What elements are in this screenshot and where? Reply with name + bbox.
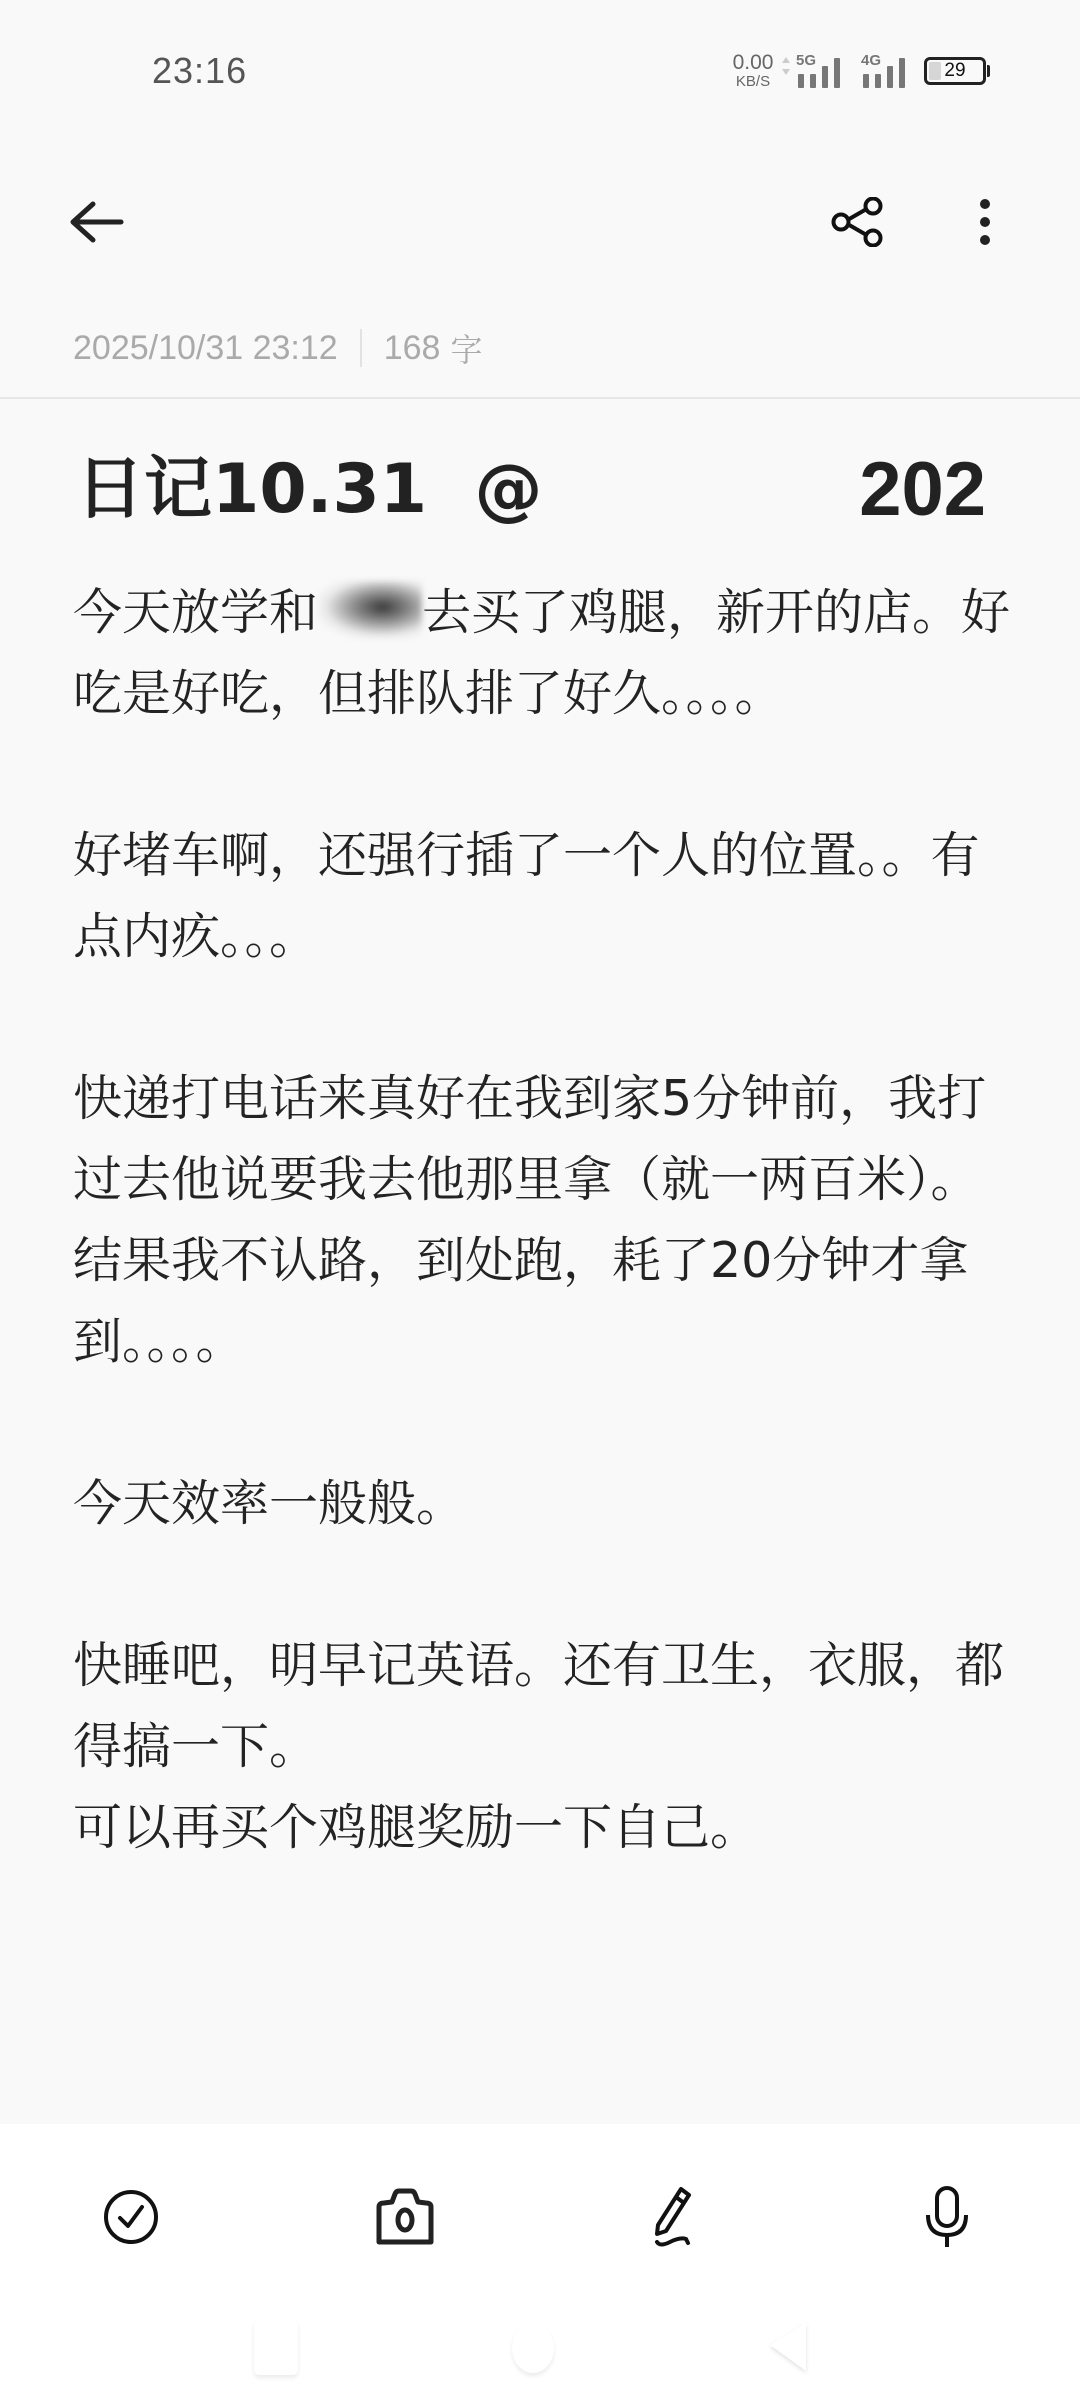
note-line: 可以再买个鸡腿奖励一下自己。 <box>73 1787 1013 1868</box>
signal-4g-label: 4G <box>861 52 881 69</box>
checklist-icon <box>101 2187 161 2247</box>
more-vertical-icon <box>977 197 993 247</box>
note-line: 快递打电话来真好在我到家5分钟前，我打 <box>73 1058 1013 1139</box>
note-line <box>73 977 1013 1058</box>
note-title-field[interactable]: 日记10.31 @ 202 <box>76 442 986 538</box>
note-line: 今天效率一般般。 <box>73 1463 1013 1544</box>
note-line <box>73 1382 1013 1463</box>
note-line: 好堵车啊，还强行插了一个人的位置。。有 <box>73 815 1013 896</box>
arrow-left-icon <box>65 200 125 244</box>
share-icon <box>830 197 886 247</box>
note-line <box>73 734 1013 815</box>
note-datetime: 2025/10/31 23:12 <box>73 329 338 368</box>
note-line: 过去他说要我去他那里拿（就一两百米）。 <box>73 1139 1013 1220</box>
system-nav-bar <box>0 2300 1080 2400</box>
status-bar: 23:16 0.00 KB/S 5G 4G 29 <box>0 0 1080 140</box>
more-options-button[interactable] <box>950 184 1020 260</box>
note-meta: 2025/10/31 23:12 168 字 <box>73 326 482 370</box>
signal-4g-icon: 4G <box>861 52 911 88</box>
redacted-name-blur <box>318 581 422 639</box>
nav-home-button[interactable] <box>497 2316 569 2380</box>
note-line-text: 今天放学和 <box>73 584 318 641</box>
recents-square-icon <box>254 2321 298 2375</box>
camera-icon <box>373 2187 437 2247</box>
network-speed: 0.00 KB/S <box>726 52 780 89</box>
home-circle-icon <box>512 2323 554 2373</box>
battery-tip <box>987 65 990 77</box>
note-line: 到。。。。 <box>73 1301 1013 1382</box>
network-speed-unit: KB/S <box>726 74 780 89</box>
note-char-count: 168 <box>384 329 441 368</box>
note-line: 得搞一下。 <box>73 1706 1013 1787</box>
nav-back-button[interactable] <box>752 2316 824 2380</box>
status-time: 23:16 <box>152 50 247 92</box>
handwriting-button[interactable] <box>621 2162 731 2272</box>
voice-input-button[interactable] <box>892 2162 1002 2272</box>
microphone-icon <box>922 2185 972 2249</box>
app-bar <box>0 160 1080 284</box>
note-line: 点内疚。。。 <box>73 896 1013 977</box>
nav-recents-button[interactable] <box>240 2316 312 2380</box>
note-body-editor[interactable]: 今天放学和去买了鸡腿，新开的店。好吃是好吃，但排队排了好久。。。。好堵车啊，还强… <box>73 572 1013 1868</box>
signal-5g-label: 5G <box>796 52 816 69</box>
battery-icon: 29 <box>924 57 986 85</box>
data-activity-icon <box>783 52 787 88</box>
camera-button[interactable] <box>350 2162 460 2272</box>
note-title-overflow: 202 <box>859 442 986 538</box>
meta-separator <box>360 329 362 367</box>
back-triangle-icon <box>766 2321 810 2375</box>
note-line-text: 去买了鸡腿，新开的店。好 <box>422 584 1010 641</box>
note-line: 今天放学和去买了鸡腿，新开的店。好 <box>73 572 1013 653</box>
note-char-unit: 字 <box>450 325 482 371</box>
checklist-button[interactable] <box>76 2162 186 2272</box>
note-line: 快睡吧，明早记英语。还有卫生，衣服，都 <box>73 1625 1013 1706</box>
note-line <box>73 1544 1013 1625</box>
network-speed-value: 0.00 <box>726 52 780 73</box>
note-line: 吃是好吃，但排队排了好久。。。。 <box>73 653 1013 734</box>
battery-level: 29 <box>927 60 983 82</box>
signal-5g-icon: 5G <box>796 52 846 88</box>
header-divider <box>0 397 1080 399</box>
note-line: 结果我不认路，到处跑，耗了20分钟才拿 <box>73 1220 1013 1301</box>
handwriting-icon <box>644 2185 708 2249</box>
share-button[interactable] <box>812 184 904 260</box>
note-title: 日记10.31 @ <box>76 442 542 538</box>
back-button[interactable] <box>50 184 140 260</box>
